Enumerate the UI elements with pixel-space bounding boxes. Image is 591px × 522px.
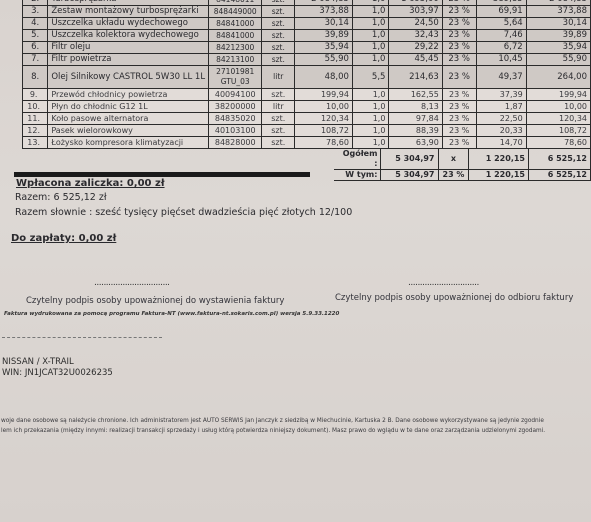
item-unit-price: 78,60 xyxy=(295,137,353,149)
advance-paid: Wpłacona zaliczka: 0,00 zł xyxy=(16,178,165,189)
software-note: Faktura wydrukowana za pomocą programu F… xyxy=(4,311,339,317)
item-unit: szt. xyxy=(262,18,295,30)
item-quantity: 1,0 xyxy=(352,137,389,149)
section-divider-bar xyxy=(14,172,310,177)
item-unit-price: 199,94 xyxy=(295,89,353,101)
item-unit-price: 120,34 xyxy=(295,113,353,125)
table-row: 11.Koło pasowe alternatora84835020szt.12… xyxy=(23,113,591,125)
invoice-items-table: 2.Turbosprężarka84148011szt.2 084,851,01… xyxy=(22,0,591,149)
row-number: 12. xyxy=(23,125,48,137)
totals-including-row: W tym: 5 304,97 23 % 1 220,15 6 525,12 xyxy=(334,170,591,181)
item-unit-price: 55,90 xyxy=(295,54,353,66)
item-quantity: 1,0 xyxy=(352,42,389,54)
totals-including-net: 5 304,97 xyxy=(381,170,438,181)
item-quantity: 1,0 xyxy=(352,30,389,42)
row-number: 8. xyxy=(23,66,48,89)
item-gross-value: 264,00 xyxy=(526,66,590,89)
row-number: 4. xyxy=(23,18,48,30)
item-gross-value: 39,89 xyxy=(526,30,590,42)
item-quantity: 1,0 xyxy=(352,113,389,125)
item-code: 848449000 xyxy=(209,6,262,18)
item-name: Filtr powietrza xyxy=(48,54,209,66)
item-quantity: 1,0 xyxy=(352,125,389,137)
item-code: 38200000 xyxy=(209,101,262,113)
item-name: Filtr oleju xyxy=(48,42,209,54)
item-net-value: 45,45 xyxy=(389,54,442,66)
totals-overall-net: 5 304,97 xyxy=(381,149,438,170)
table-row: 13.Łożysko kompresora klimatyzacji848280… xyxy=(23,137,591,149)
item-unit-price: 35,94 xyxy=(295,42,353,54)
totals-including-label: W tym: xyxy=(334,170,381,181)
item-vat-rate: 23 % xyxy=(442,101,476,113)
item-gross-value: 120,34 xyxy=(526,113,590,125)
item-gross-value: 10,00 xyxy=(526,101,590,113)
item-unit: szt. xyxy=(262,42,295,54)
item-code-gtu: GTU_03 xyxy=(212,77,258,87)
item-unit: szt. xyxy=(262,137,295,149)
row-number: 13. xyxy=(23,137,48,149)
row-number: 3. xyxy=(23,6,48,18)
gdpr-notice-line-1: woje dane osobowe są należycie chronione… xyxy=(1,418,544,424)
table-row: 10.Płyn do chłodnic G12 1L38200000litr10… xyxy=(23,101,591,113)
table-row: 12.Pasek wielorowkowy40103100szt.108,721… xyxy=(23,125,591,137)
item-vat-amount: 69,91 xyxy=(476,6,526,18)
item-vat-rate: 23 % xyxy=(442,42,476,54)
table-row: 4.Uszczelka układu wydechowego84841000sz… xyxy=(23,18,591,30)
issuer-signature-line: ................................ xyxy=(94,278,170,288)
item-gross-value: 373,88 xyxy=(526,6,590,18)
totals-including-gross: 6 525,12 xyxy=(529,170,591,181)
issuer-signature-label: Czytelny podpis osoby upoważnionej do wy… xyxy=(26,296,284,306)
totals-including-vat-amount: 1 220,15 xyxy=(469,170,529,181)
table-row: 6.Filtr oleju84212300szt.35,941,029,2223… xyxy=(23,42,591,54)
totals-overall-gross: 6 525,12 xyxy=(529,149,591,170)
item-unit-price: 373,88 xyxy=(295,6,353,18)
item-net-value: 214,63 xyxy=(389,66,442,89)
item-quantity: 1,0 xyxy=(352,101,389,113)
item-code-primary: 27101981 xyxy=(212,67,258,77)
item-net-value: 63,90 xyxy=(389,137,442,149)
item-net-value: 162,55 xyxy=(389,89,442,101)
item-quantity: 1,0 xyxy=(352,54,389,66)
item-code: 84841000 xyxy=(209,18,262,30)
item-unit: litr xyxy=(262,101,295,113)
table-row: 5.Uszczelka kolektora wydechowego8484100… xyxy=(23,30,591,42)
item-net-value: 303,97 xyxy=(389,6,442,18)
totals-overall-label: Ogółem : xyxy=(334,149,381,170)
item-unit: szt. xyxy=(262,54,295,66)
item-unit: szt. xyxy=(262,89,295,101)
item-code: 40103100 xyxy=(209,125,262,137)
total-amount: Razem: 6 525,12 zł xyxy=(15,192,107,203)
item-gross-value: 199,94 xyxy=(526,89,590,101)
item-code: 84212300 xyxy=(209,42,262,54)
item-net-value: 32,43 xyxy=(389,30,442,42)
item-vat-rate: 23 % xyxy=(442,66,476,89)
item-net-value: 8,13 xyxy=(389,101,442,113)
item-quantity: 1,0 xyxy=(352,6,389,18)
item-name: Uszczelka kolektora wydechowego xyxy=(48,30,209,42)
item-code: 84835020 xyxy=(209,113,262,125)
gdpr-notice-line-2: lem ich przekazania (między innymi: real… xyxy=(1,428,545,434)
item-gross-value: 108,72 xyxy=(526,125,590,137)
item-vat-rate: 23 % xyxy=(442,89,476,101)
item-vat-rate: 23 % xyxy=(442,137,476,149)
item-quantity: 5,5 xyxy=(352,66,389,89)
item-vat-amount: 22,50 xyxy=(476,113,526,125)
item-code: 84841000 xyxy=(209,30,262,42)
item-name: Pasek wielorowkowy xyxy=(48,125,209,137)
item-code: 84148011 xyxy=(209,0,262,6)
table-row: 9.Przewód chłodnicy powietrza40094100szt… xyxy=(23,89,591,101)
item-vat-amount: 1,87 xyxy=(476,101,526,113)
totals-overall-row: Ogółem : 5 304,97 x 1 220,15 6 525,12 xyxy=(334,149,591,170)
item-net-value: 29,22 xyxy=(389,42,442,54)
table-row: 7.Filtr powietrza84213100szt.55,901,045,… xyxy=(23,54,591,66)
item-vat-amount: 20,33 xyxy=(476,125,526,137)
receiver-signature-label: Czytelny podpis osoby upoważnionej do od… xyxy=(335,293,573,303)
item-name: Łożysko kompresora klimatyzacji xyxy=(48,137,209,149)
invoice-totals-table: Ogółem : 5 304,97 x 1 220,15 6 525,12 W … xyxy=(334,148,591,181)
row-number: 10. xyxy=(23,101,48,113)
item-gross-value: 35,94 xyxy=(526,42,590,54)
dashed-separator xyxy=(2,337,162,338)
totals-including-vat-rate: 23 % xyxy=(438,170,469,181)
item-vat-rate: 23 % xyxy=(442,113,476,125)
row-number: 9. xyxy=(23,89,48,101)
item-vat-amount: 6,72 xyxy=(476,42,526,54)
row-number: 11. xyxy=(23,113,48,125)
item-unit: szt. xyxy=(262,113,295,125)
item-gross-value: 30,14 xyxy=(526,18,590,30)
item-vat-rate: 23 % xyxy=(442,125,476,137)
amount-due: Do zapłaty: 0,00 zł xyxy=(11,233,116,244)
item-vat-rate: 23 % xyxy=(442,54,476,66)
item-vat-amount: 7,46 xyxy=(476,30,526,42)
item-unit-price: 10,00 xyxy=(295,101,353,113)
item-name: Uszczelka układu wydechowego xyxy=(48,18,209,30)
item-vat-rate: 23 % xyxy=(442,18,476,30)
totals-overall-vat-rate: x xyxy=(438,149,469,170)
item-unit: szt. xyxy=(262,125,295,137)
item-net-value: 97,84 xyxy=(389,113,442,125)
totals-overall-vat-amount: 1 220,15 xyxy=(469,149,529,170)
table-row: 3.Zestaw montażowy turbosprężarki8484490… xyxy=(23,6,591,18)
item-quantity: 1,0 xyxy=(352,89,389,101)
item-unit: szt. xyxy=(262,6,295,18)
item-unit-price: 39,89 xyxy=(295,30,353,42)
item-name: Olej Silnikowy CASTROL 5W30 LL 1L xyxy=(48,66,209,89)
item-vat-amount: 14,70 xyxy=(476,137,526,149)
row-number: 7. xyxy=(23,54,48,66)
item-unit: litr xyxy=(262,66,295,89)
item-unit-price: 30,14 xyxy=(295,18,353,30)
item-vat-amount: 5,64 xyxy=(476,18,526,30)
item-name: Koło pasowe alternatora xyxy=(48,113,209,125)
item-net-value: 88,39 xyxy=(389,125,442,137)
total-in-words: Razem słownie : sześć tysięcy pięćset dw… xyxy=(15,207,352,218)
item-vat-amount: 37,39 xyxy=(476,89,526,101)
item-vat-amount: 10,45 xyxy=(476,54,526,66)
item-vat-rate: 23 % xyxy=(442,6,476,18)
item-code: 84828000 xyxy=(209,137,262,149)
vehicle-model: NISSAN / X-TRAIL xyxy=(2,357,74,367)
item-quantity: 1,0 xyxy=(352,18,389,30)
row-number: 5. xyxy=(23,30,48,42)
invoice-page: 2.Turbosprężarka84148011szt.2 084,851,01… xyxy=(0,0,591,522)
item-name: Płyn do chłodnic G12 1L xyxy=(48,101,209,113)
item-gross-value: 55,90 xyxy=(526,54,590,66)
vehicle-vin: WIN: JN1JCAT32U0026235 xyxy=(2,368,113,378)
item-code: 84213100 xyxy=(209,54,262,66)
item-unit: szt. xyxy=(262,30,295,42)
receiver-signature-line: .............................. xyxy=(408,278,479,288)
table-row: 8.Olej Silnikowy CASTROL 5W30 LL 1L27101… xyxy=(23,66,591,89)
item-vat-amount: 49,37 xyxy=(476,66,526,89)
item-unit-price: 108,72 xyxy=(295,125,353,137)
item-name: Zestaw montażowy turbosprężarki xyxy=(48,6,209,18)
item-code: 40094100 xyxy=(209,89,262,101)
item-unit-price: 48,00 xyxy=(295,66,353,89)
item-gross-value: 78,60 xyxy=(526,137,590,149)
item-name: Przewód chłodnicy powietrza xyxy=(48,89,209,101)
item-net-value: 24,50 xyxy=(389,18,442,30)
row-number: 6. xyxy=(23,42,48,54)
item-vat-rate: 23 % xyxy=(442,30,476,42)
item-code: 27101981GTU_03 xyxy=(209,66,262,89)
